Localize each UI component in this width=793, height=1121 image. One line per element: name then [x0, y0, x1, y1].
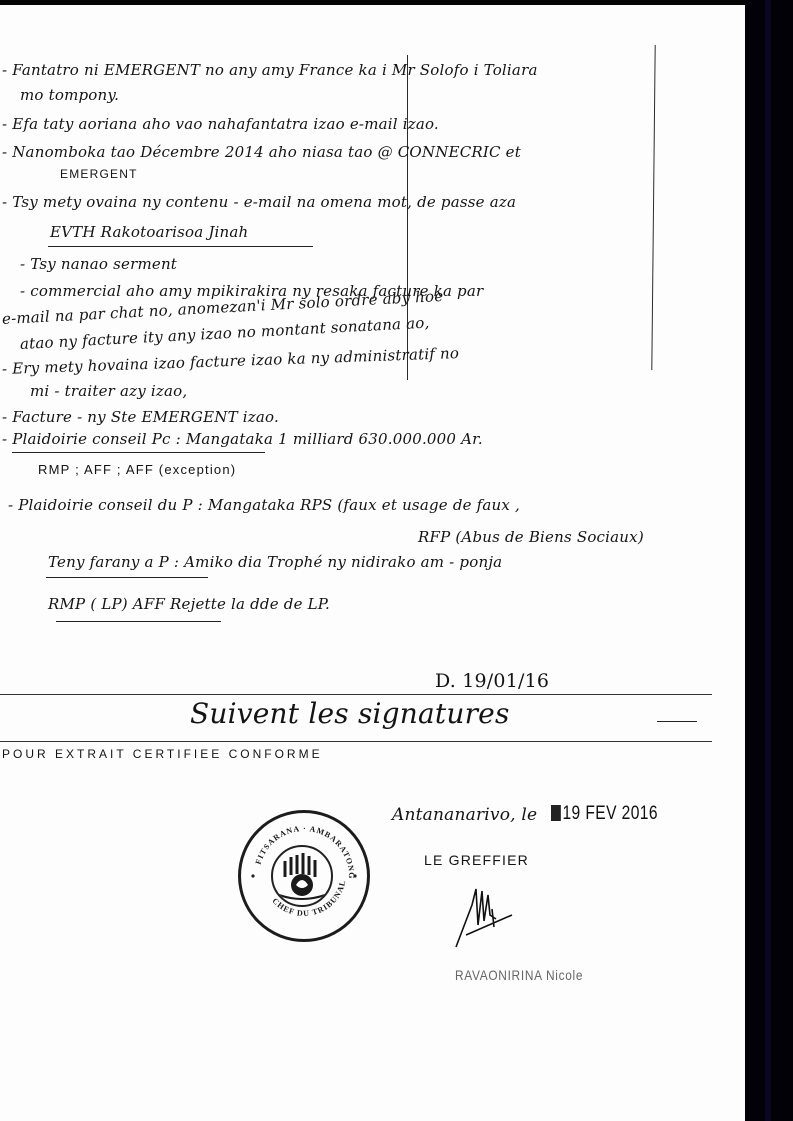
line-5: EMERGENT — [60, 167, 138, 181]
bottom-rule — [0, 741, 712, 742]
teny-farany-underline — [46, 577, 208, 578]
greffier-signature — [452, 885, 522, 955]
rmp-underline — [56, 621, 221, 622]
line-1: - Fantatro ni EMERGENT no any amy France… — [2, 61, 538, 79]
top-rule — [0, 694, 712, 695]
line-18: RFP (Abus de Biens Sociaux) — [418, 528, 644, 546]
date-stamp: 19 FEV 2016 — [551, 803, 658, 825]
place-date-handwritten: Antananarivo, le — [392, 805, 537, 825]
certification-line: POUR EXTRAIT CERTIFIEE CONFORME — [2, 747, 323, 761]
line-2: mo tompony. — [20, 86, 119, 104]
line-14: - Facture - ny Ste EMERGENT izao. — [2, 408, 279, 426]
greffier-title: LE GREFFIER — [424, 852, 529, 868]
line-15: - Plaidoirie conseil Pc : Mangataka 1 mi… — [2, 430, 483, 448]
date-stamp-text: 19 FEV 2016 — [562, 803, 657, 824]
line-13: mi - traiter azy izao, — [30, 382, 187, 400]
line-6: - Tsy mety ovaina ny contenu - e-mail na… — [2, 193, 516, 211]
decision-date: D. 19/01/16 — [435, 670, 549, 692]
line-7-heading: EVTH Rakotoarisoa Jinah — [50, 223, 248, 241]
line-19: Teny farany a P : Amiko dia Trophé ny ni… — [48, 553, 502, 571]
scanner-right-border — [745, 0, 793, 1121]
line-16: RMP ; AFF ; AFF (exception) — [38, 462, 236, 477]
line-4: - Nanomboka tao Décembre 2014 aho niasa … — [2, 143, 521, 161]
line-8: - Tsy nanao serment — [20, 255, 177, 273]
line-3: - Efa taty aoriana aho vao nahafantatra … — [2, 115, 439, 133]
heading-underline — [48, 246, 313, 247]
line-20: RMP ( LP) AFF Rejette la dde de LP. — [48, 595, 330, 613]
court-seal: FITSARANA · AMBARATONGA VOALOHANY CHEF D… — [238, 810, 370, 942]
plaidoirie-underline — [12, 452, 265, 453]
line-17: - Plaidoirie conseil du P : Mangataka RP… — [8, 496, 520, 514]
dash-mark — [657, 721, 697, 722]
greffier-name-stamp: RAVAONIRINA Nicole — [455, 967, 583, 983]
suivent-les-signatures: Suivent les signatures — [190, 697, 510, 730]
seal-emblem — [271, 845, 333, 907]
